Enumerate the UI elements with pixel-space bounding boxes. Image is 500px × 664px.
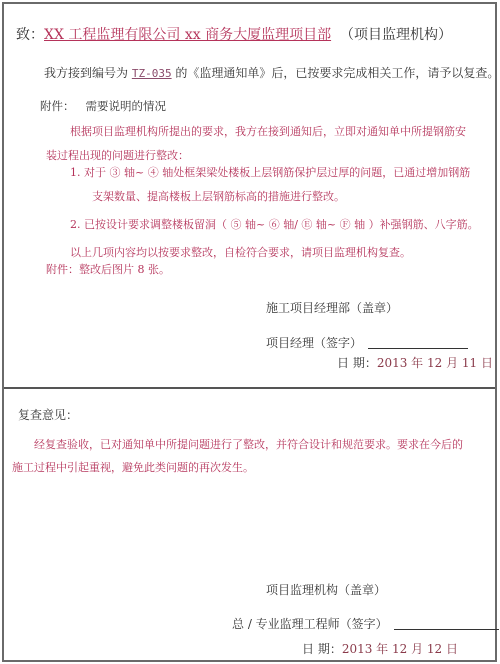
section-divider (4, 387, 495, 389)
review-line-1: 经复查验收，已对通知单中所提问题进行了整改，并符合设计和规范要求。要求在今后的 (34, 436, 463, 452)
ack-suffix: 的《监理通知单》后，已按要求完成相关工作，请予以复查。 (175, 66, 499, 80)
review-line-2: 施工过程中引起重视，避免此类问题的再次发生。 (12, 459, 254, 475)
date-label: 日 期： (302, 642, 342, 656)
form-frame: 致：XX 工程监理有限公司 xx 商务大厦监理项目部 （项目监理机构） 我方接到… (2, 2, 497, 662)
explanation-intro-2: 装过程出现的问题进行整改： (46, 147, 189, 163)
to-label: 致： (16, 27, 44, 43)
acknowledgement-line: 我方接到编号为 TZ-035 的《监理通知单》后，已按要求完成相关工作，请予以复… (44, 64, 499, 81)
explanation-item-1-line-2: 支架数量、提高楼板上层钢筋标高的措施进行整改。 (92, 188, 345, 204)
supervisor-org-stamp: 项目监理机构（盖章） (266, 581, 386, 598)
ack-prefix: 我方接到编号为 (44, 66, 128, 80)
date-label: 日 期： (337, 356, 377, 370)
attachment-note: 附件：整改后图片 8 张。 (46, 261, 170, 277)
recipient-name: XX 工程监理有限公司 xx 商务大厦监理项目部 (44, 27, 331, 43)
date-value: 2013 年 12 月 12 日 (342, 642, 458, 656)
attachment-line: 附件： 需要说明的情况 (40, 98, 166, 114)
explanation-summary: 以上几项内容均以按要求整改，自检符合要求，请项目监理机构复查。 (70, 244, 411, 260)
engineer-signature-line[interactable] (394, 629, 499, 630)
attachment-title: 需要说明的情况 (85, 99, 166, 113)
manager-label: 项目经理（签字） (266, 336, 362, 350)
date-value: 2013 年 12 月 11 日 (377, 356, 493, 370)
attachment-label: 附件： (40, 99, 75, 113)
explanation-item-1-line-1: 1. 对于 ③ 轴~ ④ 轴处框架梁处楼板上层钢筋保护层过厚的问题，已通过增加钢… (70, 164, 470, 180)
recipient-suffix: （项目监理机构） (340, 27, 452, 43)
supervisor-engineer-signature: 总 / 专业监理工程师（签字） (232, 615, 499, 632)
manager-signature-line[interactable] (368, 348, 468, 349)
explanation-intro-1: 根据项目监理机构所提出的要求，我方在接到通知后，立即对通知单中所提钢筋安 (70, 123, 466, 139)
explanation-item-2: 2. 已按设计要求调整楼板留洞（ ⑤ 轴~ ⑥ 轴/ Ⓔ 轴~ Ⓕ 轴 ）补强钢… (70, 216, 479, 232)
review-label: 复查意见： (18, 406, 78, 423)
supervisor-date: 日 期：2013 年 12 月 12 日 (302, 640, 458, 657)
engineer-label: 总 / 专业监理工程师（签字） (232, 617, 388, 631)
notice-code: TZ-035 (132, 67, 172, 80)
contractor-dept-stamp: 施工项目经理部（盖章） (266, 299, 398, 316)
recipient-line: 致：XX 工程监理有限公司 xx 商务大厦监理项目部 （项目监理机构） (16, 24, 452, 44)
contractor-manager-signature: 项目经理（签字） (266, 334, 468, 351)
contractor-date: 日 期：2013 年 12 月 11 日 (337, 354, 493, 371)
